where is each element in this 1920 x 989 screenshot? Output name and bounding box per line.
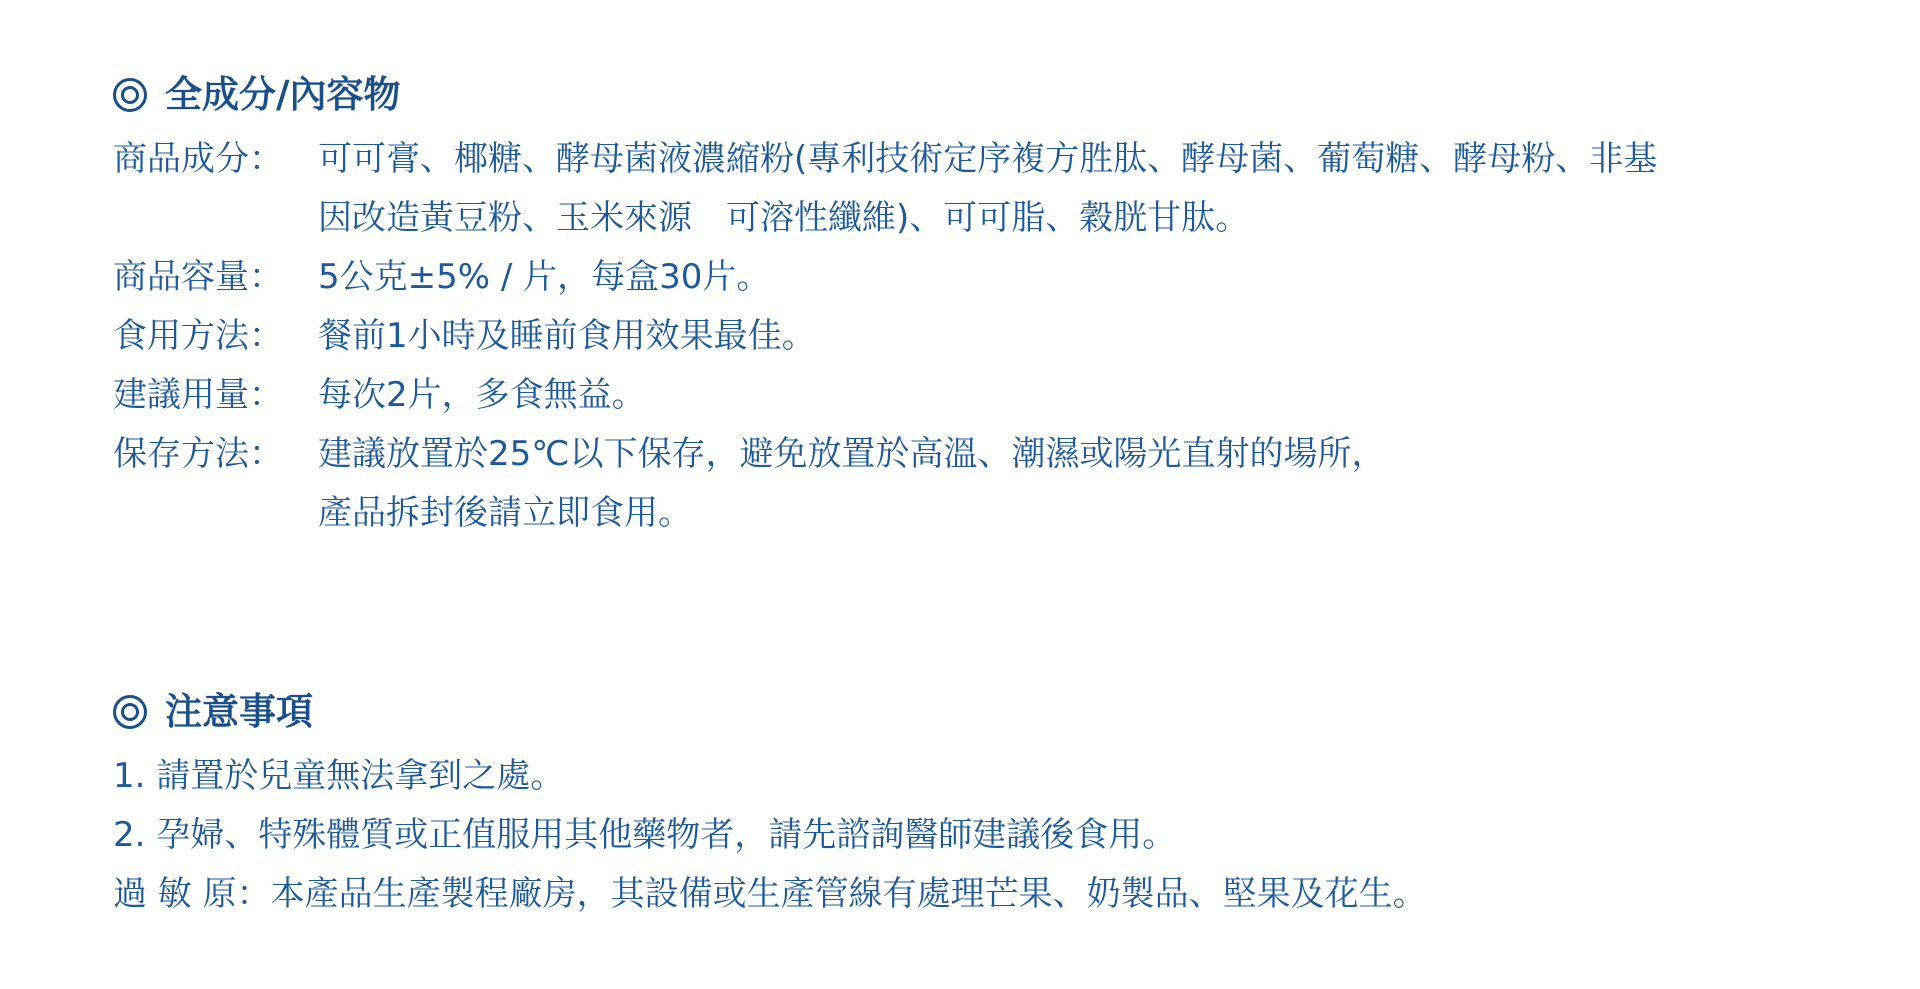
value-line: 每次2片，多食無益。 — [318, 366, 646, 425]
value-line: 5公克±5% / 片，每盒30片。 — [318, 248, 770, 307]
notes-heading: 注意事項 — [113, 689, 1427, 735]
value-line: 因改造黃豆粉、玉米來源 可溶性纖維)、可可脂、穀胱甘肽。 — [318, 189, 1657, 248]
row-capacity: 商品容量： 5公克±5% / 片，每盒30片。 — [113, 248, 1657, 307]
row-label: 商品容量： — [113, 248, 318, 307]
ingredients-section: 全成分/內容物 商品成分： 可可膏、椰糖、酵母菌液濃縮粉(專利技術定序複方胜肽、… — [113, 72, 1657, 543]
note-item: 2. 孕婦、特殊體質或正值服用其他藥物者，請先諮詢醫師建議後食用。 — [113, 806, 1427, 865]
double-circle-icon — [113, 695, 147, 729]
row-label: 食用方法： — [113, 307, 318, 366]
value-line: 產品拆封後請立即食用。 — [318, 484, 1385, 543]
value-line: 建議放置於25℃以下保存，避免放置於高溫、潮濕或陽光直射的場所， — [318, 425, 1385, 484]
value-line: 餐前1小時及睡前食用效果最佳。 — [318, 307, 816, 366]
notes-section: 注意事項 1. 請置於兒童無法拿到之處。 2. 孕婦、特殊體質或正值服用其他藥物… — [113, 689, 1427, 924]
double-circle-icon — [113, 78, 147, 112]
row-label: 保存方法： — [113, 425, 318, 543]
allergen-note: 過 敏 原：本產品生產製程廠房，其設備或生產管線有處理芒果、奶製品、堅果及花生。 — [113, 865, 1427, 924]
row-value: 可可膏、椰糖、酵母菌液濃縮粉(專利技術定序複方胜肽、酵母菌、葡萄糖、酵母粉、非基… — [318, 130, 1657, 248]
row-label: 建議用量： — [113, 366, 318, 425]
row-ingredients: 商品成分： 可可膏、椰糖、酵母菌液濃縮粉(專利技術定序複方胜肽、酵母菌、葡萄糖、… — [113, 130, 1657, 248]
value-line: 可可膏、椰糖、酵母菌液濃縮粉(專利技術定序複方胜肽、酵母菌、葡萄糖、酵母粉、非基 — [318, 130, 1657, 189]
row-value: 建議放置於25℃以下保存，避免放置於高溫、潮濕或陽光直射的場所， 產品拆封後請立… — [318, 425, 1385, 543]
notes-title: 注意事項 — [165, 689, 313, 735]
row-usage: 食用方法： 餐前1小時及睡前食用效果最佳。 — [113, 307, 1657, 366]
row-dosage: 建議用量： 每次2片，多食無益。 — [113, 366, 1657, 425]
row-storage: 保存方法： 建議放置於25℃以下保存，避免放置於高溫、潮濕或陽光直射的場所， 產… — [113, 425, 1657, 543]
ingredients-title: 全成分/內容物 — [165, 72, 401, 118]
ingredients-heading: 全成分/內容物 — [113, 72, 1657, 118]
row-value: 餐前1小時及睡前食用效果最佳。 — [318, 307, 816, 366]
row-label: 商品成分： — [113, 130, 318, 248]
row-value: 每次2片，多食無益。 — [318, 366, 646, 425]
note-item: 1. 請置於兒童無法拿到之處。 — [113, 747, 1427, 806]
row-value: 5公克±5% / 片，每盒30片。 — [318, 248, 770, 307]
